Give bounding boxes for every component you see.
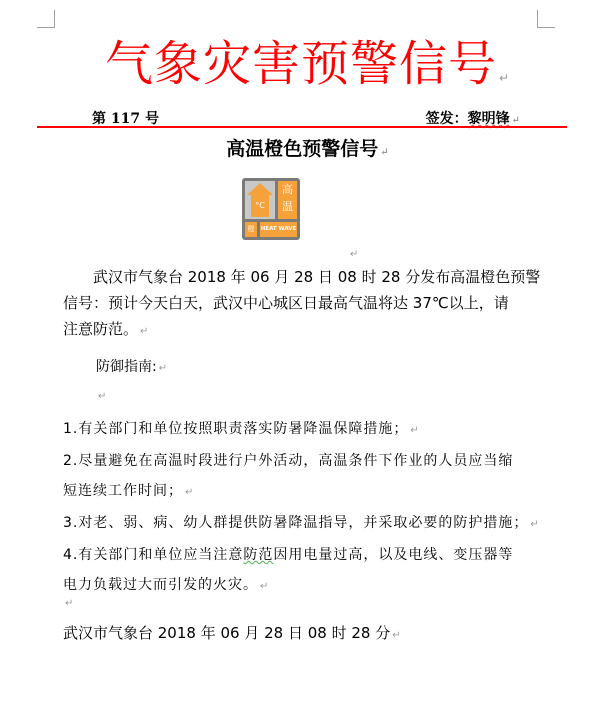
guide-heading-text: 防御指南: bbox=[96, 359, 157, 375]
roof-shape bbox=[247, 183, 273, 195]
issuer-footer[interactable]: 武汉市气象台 2018 年 06 月 28 日 08 时 28 分↵ bbox=[63, 622, 401, 647]
announcement-line: 注意防范。↵ bbox=[63, 316, 548, 345]
paragraph-mark-icon: ↵ bbox=[65, 598, 73, 609]
signal-side-label: 高温 bbox=[278, 181, 297, 219]
guide-item-continuation[interactable]: 电力负载过大而引发的火灾。↵ bbox=[63, 570, 548, 602]
paragraph-mark-icon: ↵ bbox=[350, 249, 358, 260]
paragraph-mark-icon: ↵ bbox=[98, 391, 106, 402]
guide-item-text: 3.对老、弱、病、幼人群提供防暑降温指导，并采取必要的防护措施； bbox=[63, 515, 528, 531]
paragraph-mark-icon: ↵ bbox=[392, 630, 400, 641]
paragraph-mark-icon: ↵ bbox=[512, 115, 520, 126]
announcement-line-text: 注意防范。 bbox=[63, 320, 138, 338]
signal-caption: HEAT WAVE bbox=[260, 222, 297, 237]
red-divider-rule bbox=[37, 126, 567, 128]
signer-label: 签发： bbox=[426, 111, 468, 127]
side-char-1: 高 bbox=[278, 181, 297, 198]
temperature-symbol: °C bbox=[251, 195, 269, 217]
paragraph-mark-icon: ↵ bbox=[530, 519, 539, 530]
paragraph-mark-icon: ↵ bbox=[260, 581, 269, 592]
paragraph-mark-icon: ↵ bbox=[380, 147, 388, 158]
side-char-2: 温 bbox=[278, 198, 297, 215]
guide-heading[interactable]: 防御指南:↵ bbox=[96, 357, 167, 379]
heat-wave-signal-icon[interactable]: °C 高温 橙 HEAT WAVE bbox=[242, 178, 300, 240]
guide-item[interactable]: 1.有关部门和单位按照职责落实防暑降温保障措施；↵ bbox=[63, 414, 548, 446]
headline-text: 气象灾害预警信号 bbox=[105, 36, 497, 92]
guide-item-text: 电力负载过大而引发的火灾。 bbox=[63, 577, 258, 593]
grammar-flagged-text: 防范 bbox=[243, 547, 273, 563]
guide-item-text: 因用电量过高，以及电线、变压器等 bbox=[273, 547, 513, 563]
guide-item[interactable]: 3.对老、弱、病、幼人群提供防暑降温指导，并采取必要的防护措施；↵ bbox=[63, 508, 548, 540]
announcement-line: 信号：预计今天白天，武汉中心城区日最高气温将达 37℃以上，请 bbox=[63, 290, 548, 316]
footer-text: 武汉市气象台 2018 年 06 月 28 日 08 时 28 分 bbox=[63, 624, 390, 642]
announcement-paragraph[interactable]: 武汉市气象台 2018 年 06 月 28 日 08 时 28 分发布高温橙色预… bbox=[63, 264, 548, 345]
document-headline[interactable]: 气象灾害预警信号↵ bbox=[0, 36, 615, 106]
announcement-line: 武汉市气象台 2018 年 06 月 28 日 08 时 28 分发布高温橙色预… bbox=[63, 264, 548, 290]
paragraph-mark-icon: ↵ bbox=[185, 487, 194, 498]
signal-subtitle[interactable]: 高温橙色预警信号↵ bbox=[0, 136, 615, 166]
guide-item-text: 4.有关部门和单位应当注意 bbox=[63, 547, 243, 563]
house-thermometer-icon: °C bbox=[245, 181, 275, 219]
page-corner-mark-left bbox=[37, 10, 55, 28]
guide-item[interactable]: 2.尽量避免在高温时段进行户外活动，高温条件下作业的人员应当缩 bbox=[63, 446, 548, 476]
paragraph-mark-icon: ↵ bbox=[159, 363, 167, 374]
guide-list: 1.有关部门和单位按照职责落实防暑降温保障措施；↵ 2.尽量避免在高温时段进行户… bbox=[63, 414, 548, 602]
paragraph-mark-icon: ↵ bbox=[499, 71, 510, 85]
paragraph-mark-icon: ↵ bbox=[140, 326, 148, 337]
guide-item[interactable]: 4.有关部门和单位应当注意防范因用电量过高，以及电线、变压器等 bbox=[63, 540, 548, 570]
paragraph-mark-icon: ↵ bbox=[410, 425, 419, 436]
signer-name: 黎明锋 bbox=[468, 111, 510, 127]
guide-item-continuation[interactable]: 短连续工作时间；↵ bbox=[63, 476, 548, 508]
page-corner-mark-right bbox=[537, 10, 555, 28]
guide-item-text: 短连续工作时间； bbox=[63, 483, 183, 499]
subtitle-text: 高温橙色预警信号 bbox=[226, 138, 378, 160]
guide-item-text: 1.有关部门和单位按照职责落实防暑降温保障措施； bbox=[63, 421, 408, 437]
signal-level-tag: 橙 bbox=[245, 222, 257, 237]
